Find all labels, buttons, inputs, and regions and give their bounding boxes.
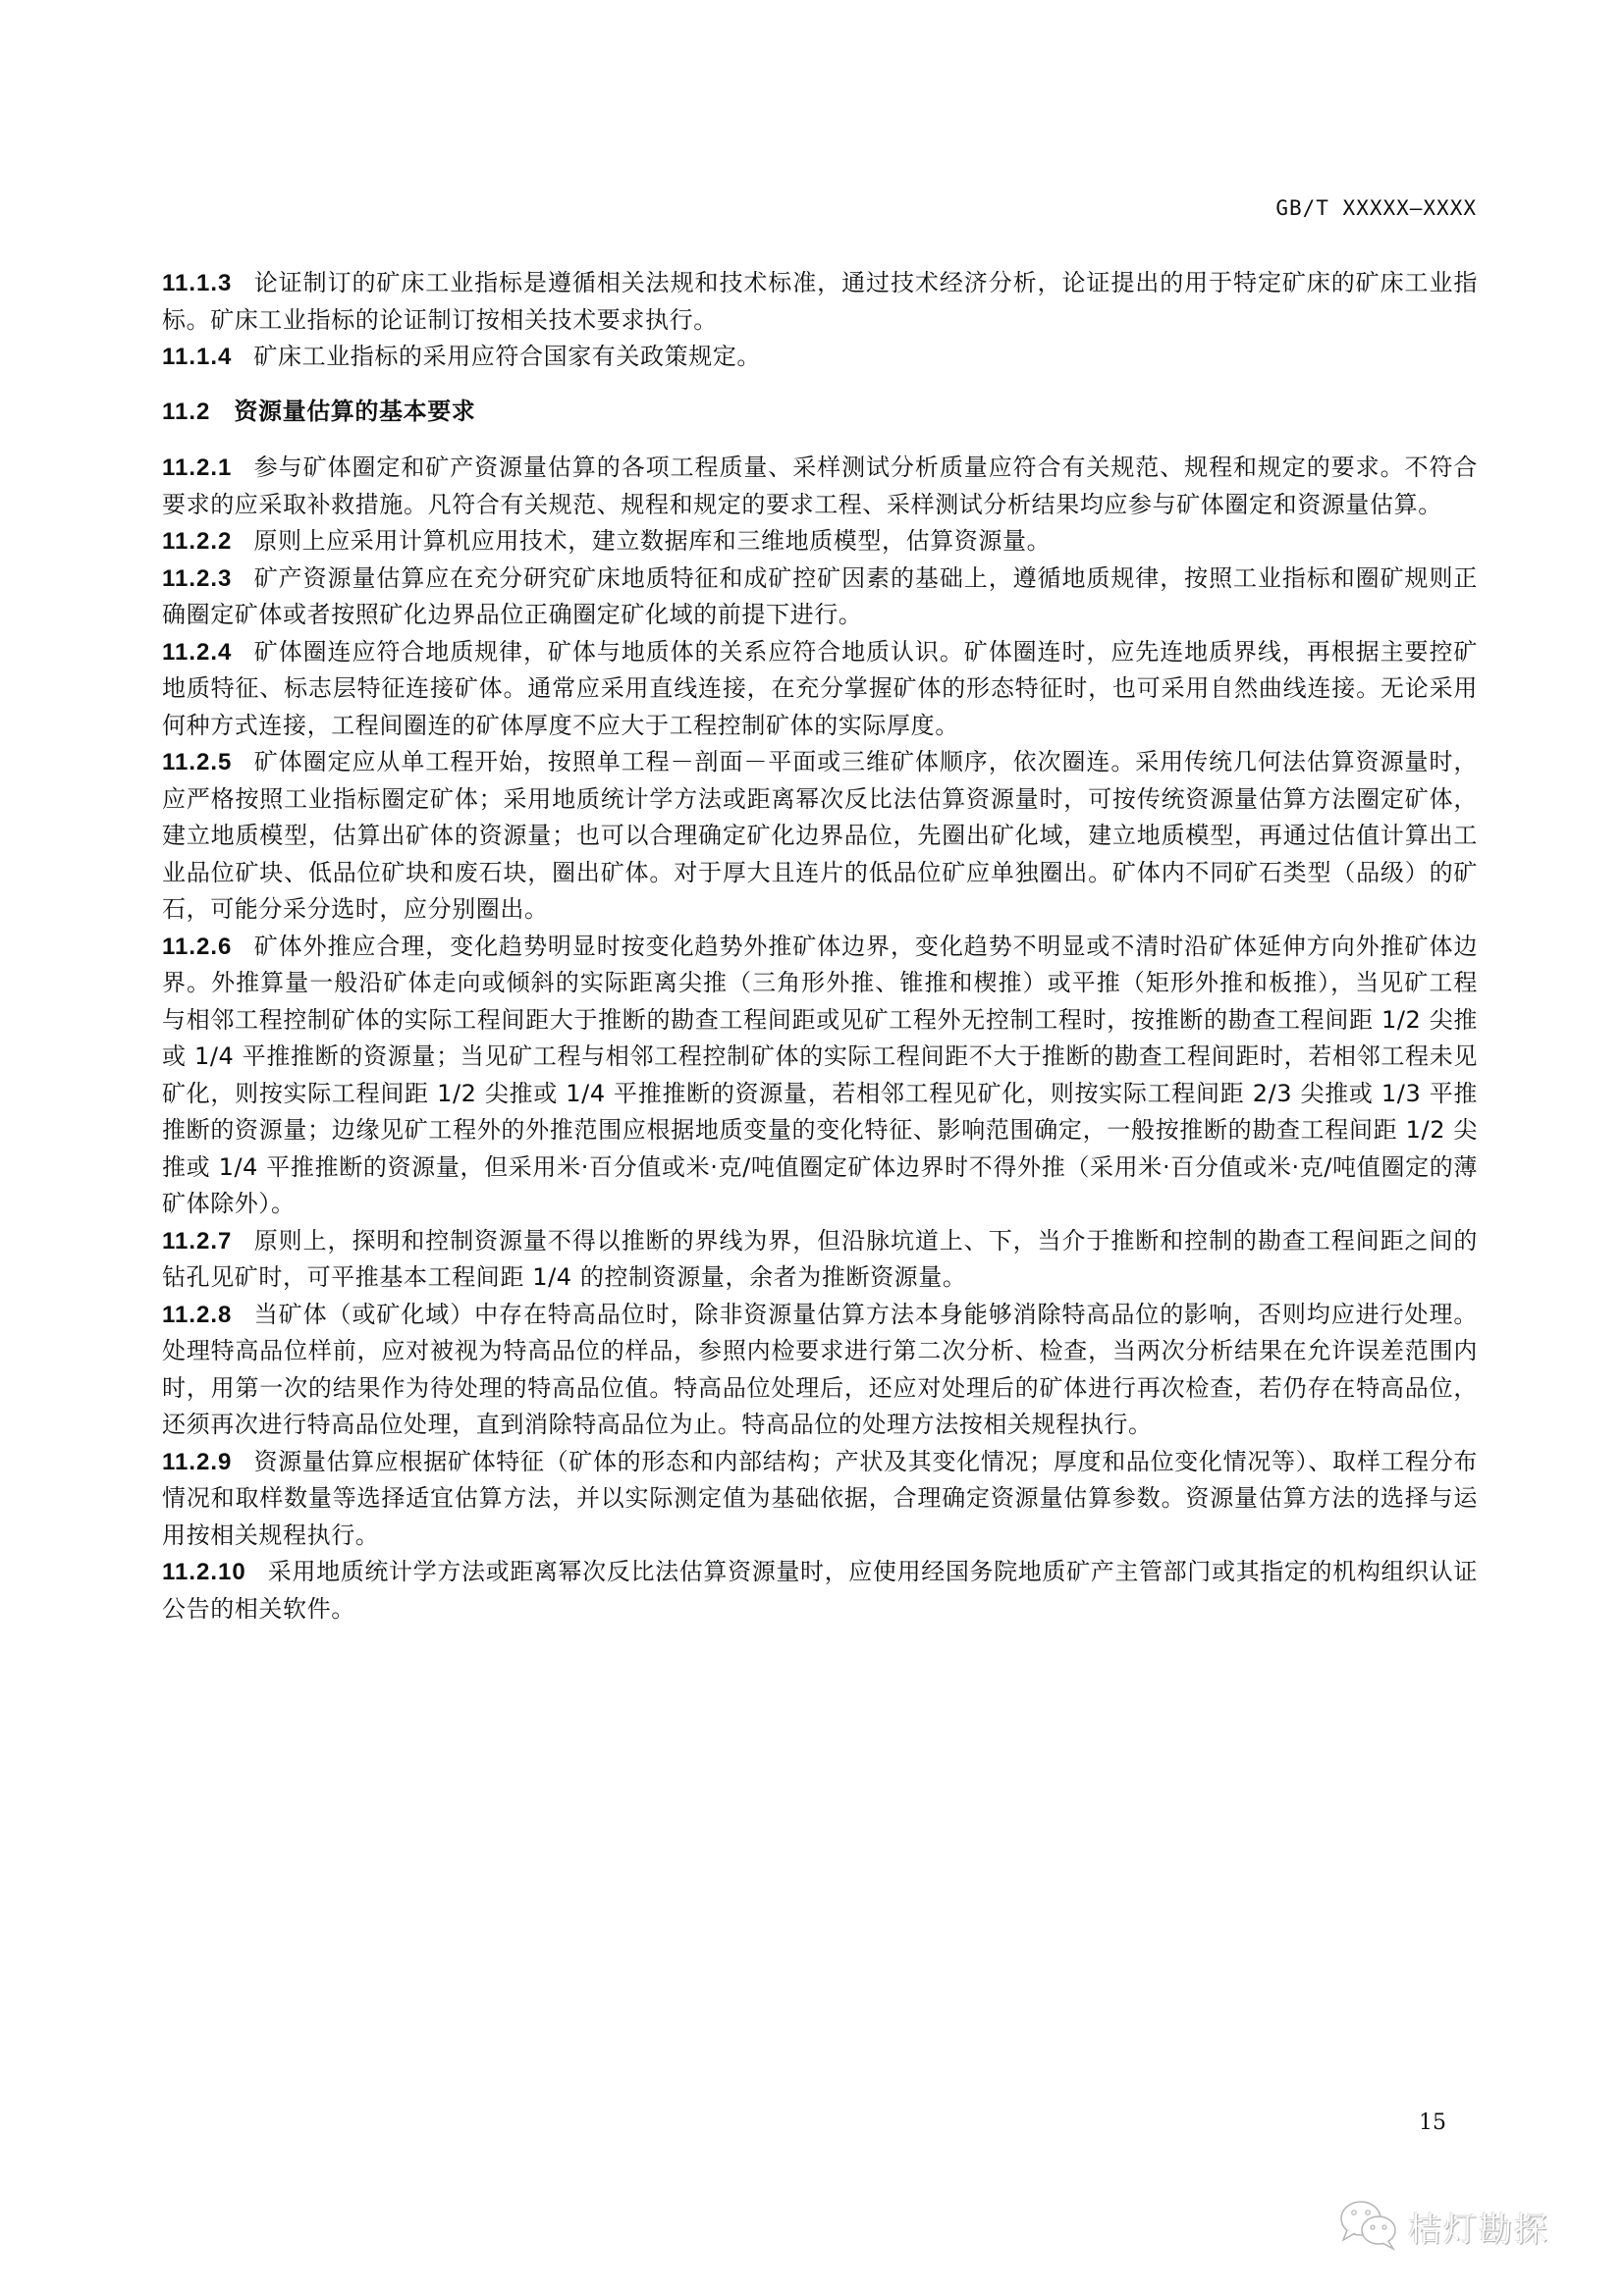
clause-text: 原则上应采用计算机应用技术，建立数据库和三维地质模型，估算资源量。: [253, 527, 1051, 555]
clause-number: 11.2.1: [162, 454, 232, 481]
clause-number: 11.2.7: [162, 1228, 232, 1255]
clause-number: 11.2.9: [162, 1449, 232, 1475]
clause-11-2-5: 11.2.5矿体圈定应从单工程开始，按照单工程－剖面－平面或三维矿体顺序，依次圈…: [162, 744, 1478, 929]
clause-11-2-8: 11.2.8当矿体（或矿化域）中存在特高品位时，除非资源量估算方法本身能够消除特…: [162, 1297, 1478, 1444]
clause-11-2-9: 11.2.9资源量估算应根据矿体特征（矿体的形态和内部结构；产状及其变化情况；厚…: [162, 1444, 1478, 1555]
clause-11-2-1: 11.2.1参与矿体圈定和矿产资源量估算的各项工程质量、采样测试分析质量应符合有…: [162, 450, 1478, 523]
clause-number: 11.2.2: [162, 528, 232, 555]
clause-text: 当矿体（或矿化域）中存在特高品位时，除非资源量估算方法本身能够消除特高品位的影响…: [162, 1301, 1478, 1439]
clause-number: 11.1.4: [162, 344, 232, 370]
clause-text: 矿产资源量估算应在充分研究矿床地质特征和成矿控矿因素的基础上，遵循地质规律，按照…: [162, 564, 1478, 629]
clause-text: 原则上，探明和控制资源量不得以推断的界线为界，但沿脉坑道上、下，当介于推断和控制…: [162, 1227, 1478, 1292]
watermark-text: 桔灯勘探: [1408, 2203, 1549, 2251]
clause-number: 11.2.8: [162, 1302, 232, 1328]
clause-number: 11.1.3: [162, 270, 232, 296]
clause-text: 矿体圈定应从单工程开始，按照单工程－剖面－平面或三维矿体顺序，依次圈连。采用传统…: [162, 748, 1478, 923]
clause-number: 11.2.3: [162, 565, 232, 592]
wechat-icon: [1337, 2197, 1400, 2256]
clause-11-2-7: 11.2.7原则上，探明和控制资源量不得以推断的界线为界，但沿脉坑道上、下，当介…: [162, 1223, 1478, 1297]
clause-text: 资源量估算应根据矿体特征（矿体的形态和内部结构；产状及其变化情况；厚度和品位变化…: [162, 1448, 1478, 1549]
watermark: 桔灯勘探: [1337, 2197, 1549, 2256]
clause-11-1-3: 11.1.3论证制订的矿床工业指标是遵循相关法规和技术标准，通过技术经济分析，论…: [162, 265, 1478, 339]
clause-number: 11.2.6: [162, 934, 232, 960]
clause-text: 矿床工业指标的采用应符合国家有关政策规定。: [253, 343, 761, 370]
standard-code-header: GB/T XXXXX—XXXX: [1275, 196, 1477, 220]
clause-11-2-4: 11.2.4矿体圈连应符合地质规律，矿体与地质体的关系应符合地质认识。矿体圈连时…: [162, 634, 1478, 745]
clause-number: 11.2.10: [162, 1559, 246, 1585]
section-number: 11.2: [162, 399, 210, 425]
clause-11-2-3: 11.2.3矿产资源量估算应在充分研究矿床地质特征和成矿控矿因素的基础上，遵循地…: [162, 561, 1478, 634]
clause-text: 矿体圈连应符合地质规律，矿体与地质体的关系应符合地质认识。矿体圈连时，应先连地质…: [162, 638, 1478, 739]
clause-11-2-2: 11.2.2原则上应采用计算机应用技术，建立数据库和三维地质模型，估算资源量。: [162, 523, 1478, 561]
document-body: 11.1.3论证制订的矿床工业指标是遵循相关法规和技术标准，通过技术经济分析，论…: [162, 265, 1478, 1628]
clause-text: 采用地质统计学方法或距离幂次反比法估算资源量时，应使用经国务院地质矿产主管部门或…: [162, 1558, 1478, 1623]
clause-text: 论证制订的矿床工业指标是遵循相关法规和技术标准，通过技术经济分析，论证提出的用于…: [162, 269, 1478, 334]
clause-11-2-6: 11.2.6矿体外推应合理，变化趋势明显时按变化趋势外推矿体边界，变化趋势不明显…: [162, 929, 1478, 1223]
clause-number: 11.2.4: [162, 639, 232, 666]
clause-11-1-4: 11.1.4矿床工业指标的采用应符合国家有关政策规定。: [162, 339, 1478, 376]
clause-number: 11.2.5: [162, 749, 232, 775]
clause-11-2-10: 11.2.10采用地质统计学方法或距离幂次反比法估算资源量时，应使用经国务院地质…: [162, 1554, 1478, 1628]
clause-text: 参与矿体圈定和矿产资源量估算的各项工程质量、采样测试分析质量应符合有关规范、规程…: [162, 454, 1478, 518]
clause-text: 矿体外推应合理，变化趋势明显时按变化趋势外推矿体边界，变化趋势不明显或不清时沿矿…: [162, 933, 1478, 1218]
section-title: 资源量估算的基本要求: [234, 398, 475, 425]
section-heading-11-2: 11.2资源量估算的基本要求: [162, 394, 1478, 431]
page-number: 15: [1419, 2110, 1446, 2135]
